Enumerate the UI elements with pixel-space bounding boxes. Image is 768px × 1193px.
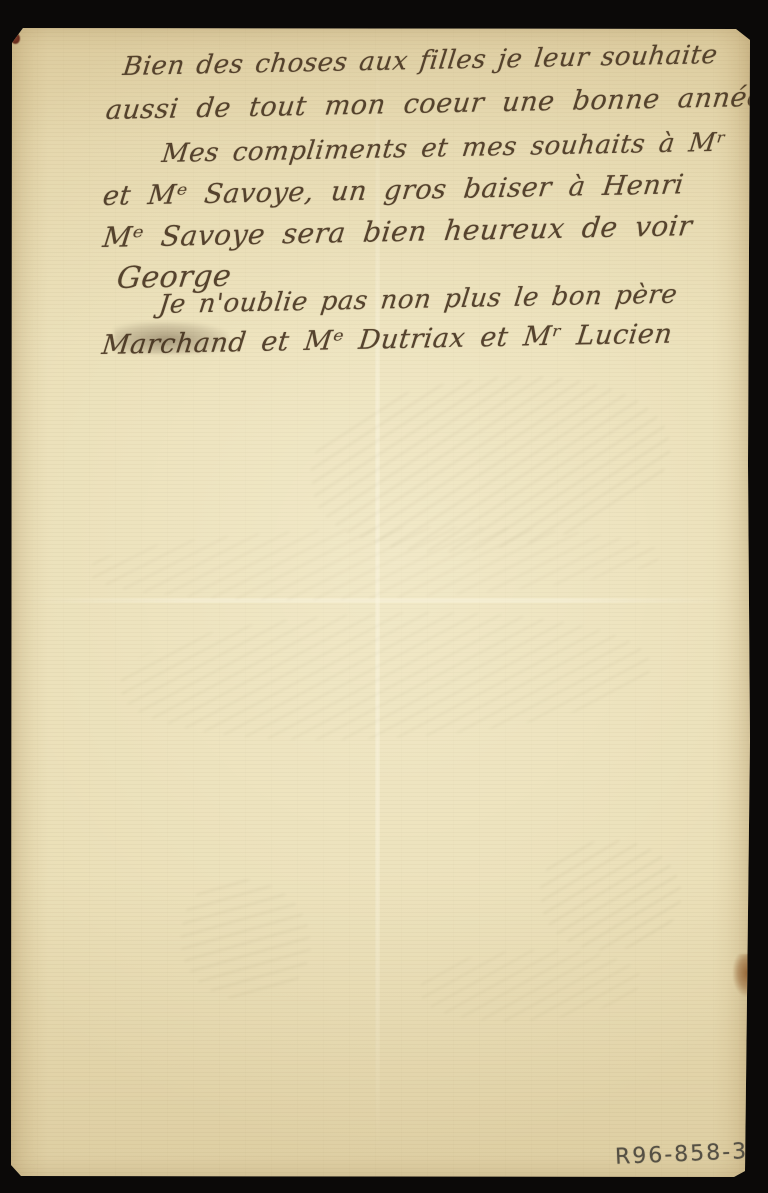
show-through-marks	[536, 833, 687, 957]
scan-background: Bien des choses aux filles je leur souha…	[0, 0, 768, 1193]
show-through-marks	[118, 599, 654, 752]
handwritten-line-4: et Mᵉ Savoye, un gros baiser à Henri	[101, 169, 686, 212]
handwritten-line-1: Bien des choses aux filles je leur souha…	[121, 40, 719, 82]
show-through-marks	[90, 518, 662, 608]
show-through-marks	[419, 942, 643, 1027]
horizontal-fold-crease	[11, 598, 750, 603]
edge-stain	[733, 954, 750, 996]
red-fiber-speck	[11, 33, 20, 44]
letter-page: Bien des choses aux filles je leur souha…	[11, 28, 750, 1177]
show-through-marks	[172, 871, 319, 1010]
handwritten-line-5: Mᵉ Savoye sera bien heureux de voir	[101, 209, 694, 254]
handwritten-line-3: Mes compliments et mes souhaits à Mʳ	[160, 128, 727, 169]
show-through-marks	[301, 354, 681, 572]
archival-number: R96-858-3	[615, 1139, 749, 1170]
handwritten-line-8: Marchand et Mᵉ Dutriax et Mʳ Lucien	[100, 319, 674, 361]
handwritten-line-2: aussi de tout mon coeur une bonne année.	[104, 82, 768, 126]
handwritten-line-7: Je n'oublie pas non plus le bon père	[157, 280, 679, 320]
